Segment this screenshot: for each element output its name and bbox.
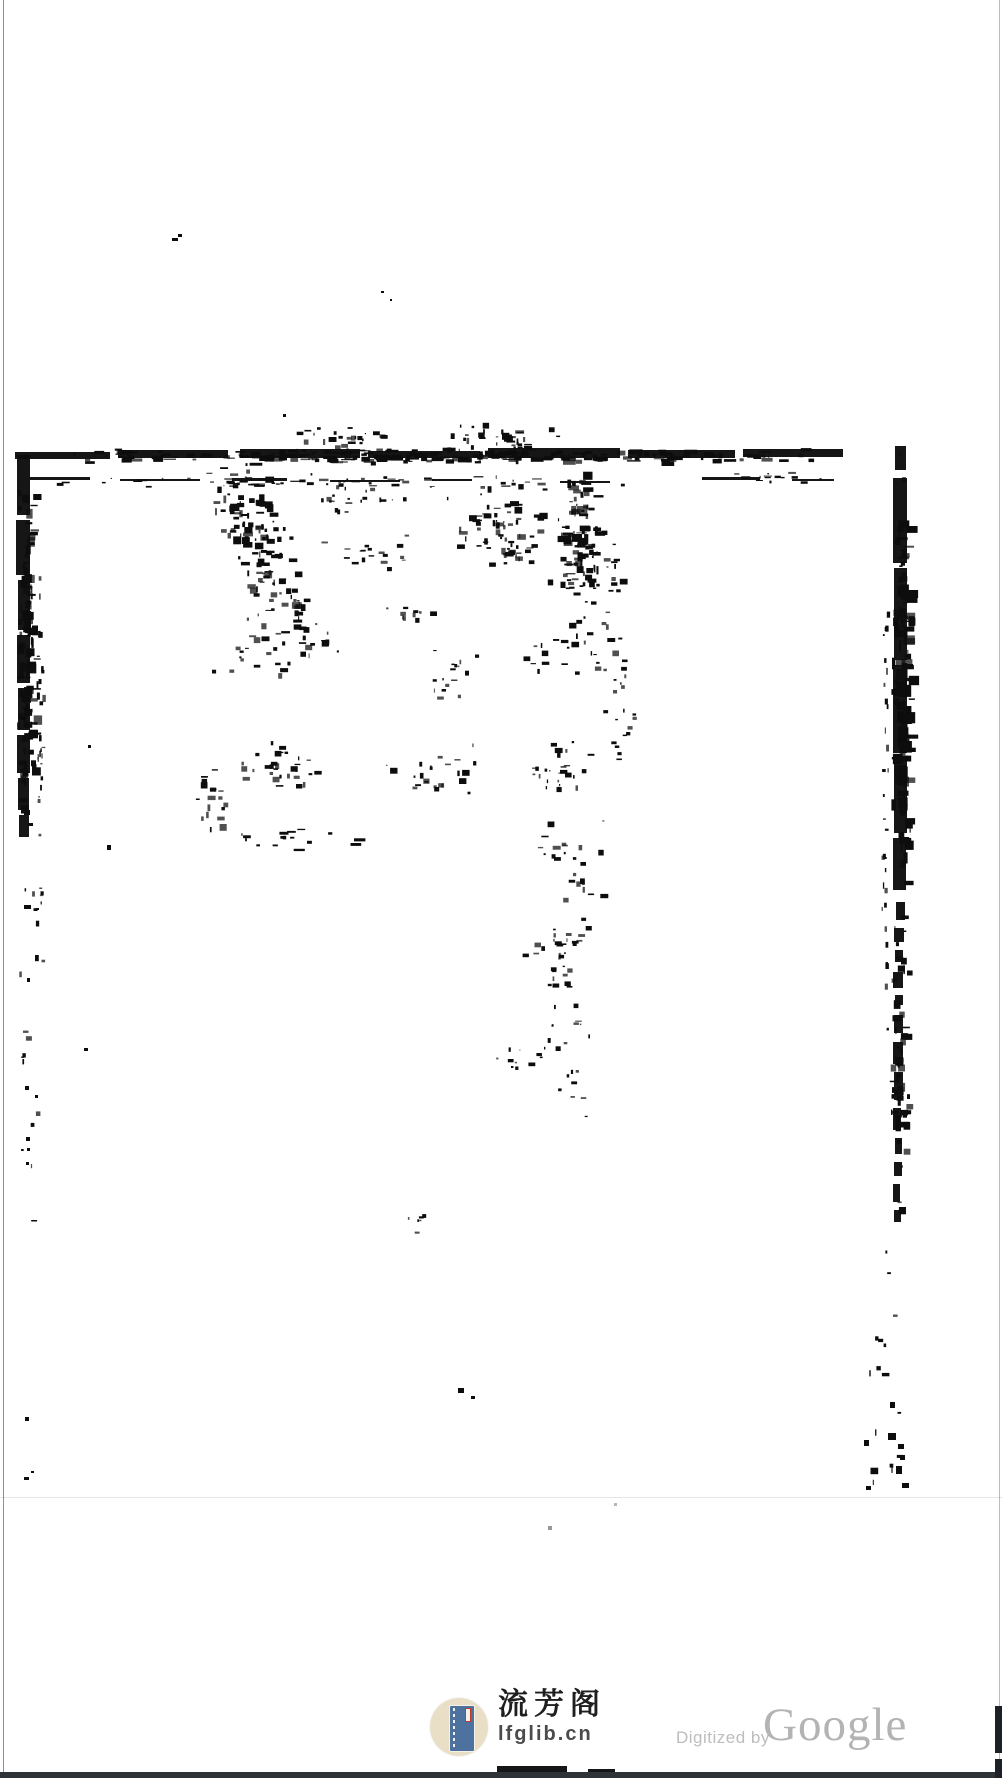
scan-bottom-right-edge-bar (995, 1706, 1002, 1753)
scan-bottom-right-edge-bar (995, 1759, 1002, 1778)
watermark-title: 流芳阁 (498, 1688, 606, 1722)
book-title-label (465, 1708, 471, 1722)
scan-left-edge-line (3, 0, 4, 1778)
google-logo: Google (763, 1698, 907, 1752)
book-icon (450, 1706, 474, 1751)
lfglib-logo (430, 1698, 488, 1756)
lfglib-watermark: 流芳阁 lfglib.cn (498, 1688, 606, 1744)
faint-horizontal-rule (0, 1497, 1002, 1498)
digitized-by-label: Digitized by (676, 1728, 770, 1748)
scan-bottom-edge-bar (0, 1772, 1002, 1778)
scanned-book-page: 流芳阁 lfglib.cn Digitized by Google (0, 0, 1002, 1778)
scan-right-edge-line (999, 0, 1000, 1778)
watermark-domain: lfglib.cn (498, 1724, 606, 1744)
book-spine-stitches-icon (453, 1708, 455, 1749)
ink-scan-artifacts (0, 0, 1002, 1778)
